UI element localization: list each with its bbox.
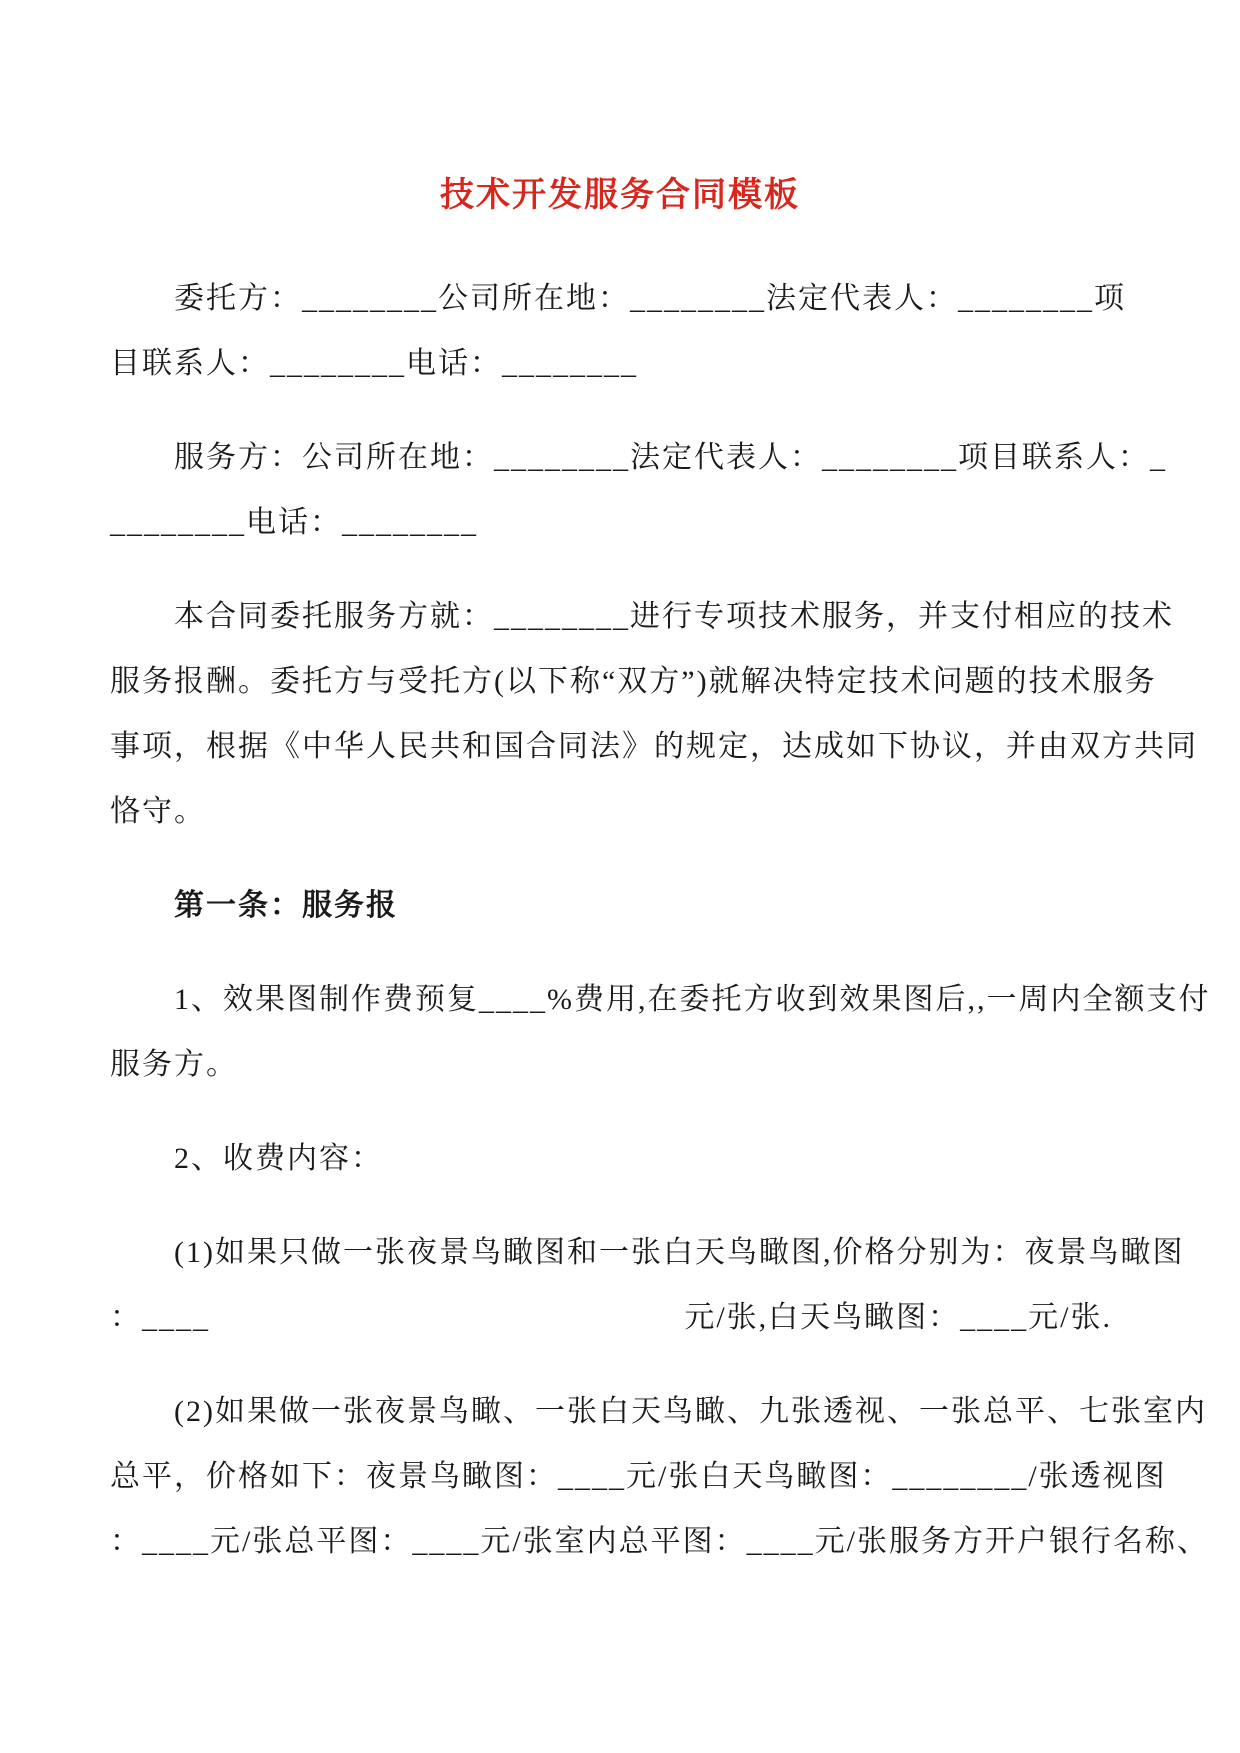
document-body: 委托方：________公司所在地：________法定代表人：________… <box>0 220 1240 1574</box>
contract-line: (2)如果做一张夜景鸟瞰、一张白天鸟瞰、九张透视、一张总平、七张室内 <box>110 1379 1140 1444</box>
contract-line: ________电话：________ <box>110 490 1140 555</box>
article-heading: 第一条：服务报 <box>110 873 1140 938</box>
contract-line: 服务方。 <box>110 1032 1140 1097</box>
contract-line: 1、效果图制作费预复____%费用,在委托方收到效果图后,,一周内全额支付 <box>110 967 1140 1032</box>
paragraph-article1-heading: 第一条：服务报 <box>110 873 1140 938</box>
contract-line: 服务报酬。委托方与受托方(以下称“双方”)就解决特定技术问题的技术服务 <box>110 649 1140 714</box>
contract-line: 恪守。 <box>110 779 1140 844</box>
paragraph-sub1: (1)如果只做一张夜景鸟瞰图和一张白天鸟瞰图,价格分别为：夜景鸟瞰图 ：____… <box>110 1220 1140 1350</box>
paragraph-preamble: 本合同委托服务方就：________进行专项技术服务，并支付相应的技术 服务报酬… <box>110 584 1140 844</box>
contract-line: 本合同委托服务方就：________进行专项技术服务，并支付相应的技术 <box>110 584 1140 649</box>
contract-line-split: ：____ 元/张,白天鸟瞰图：____元/张. <box>110 1285 1140 1350</box>
contract-line: (1)如果只做一张夜景鸟瞰图和一张白天鸟瞰图,价格分别为：夜景鸟瞰图 <box>110 1220 1140 1285</box>
paragraph-sub2: (2)如果做一张夜景鸟瞰、一张白天鸟瞰、九张透视、一张总平、七张室内 总平，价格… <box>110 1379 1140 1574</box>
contract-page: 技术开发服务合同模板 委托方：________公司所在地：________法定代… <box>0 0 1240 1753</box>
fill-in-blank: ：____ <box>110 1285 210 1350</box>
contract-line: 事项，根据《中华人民共和国合同法》的规定，达成如下协议，并由双方共同 <box>110 714 1140 779</box>
contract-line: 总平，价格如下：夜景鸟瞰图：____元/张白天鸟瞰图：________/张透视图 <box>110 1444 1140 1509</box>
paragraph-item1: 1、效果图制作费预复____%费用,在委托方收到效果图后,,一周内全额支付 服务… <box>110 967 1140 1097</box>
paragraph-item2: 2、收费内容： <box>110 1126 1140 1191</box>
price-text: 元/张,白天鸟瞰图：____元/张. <box>684 1285 1112 1350</box>
paragraph-provider-info: 服务方：公司所在地：________法定代表人：________项目联系人：_ … <box>110 425 1140 555</box>
document-title: 技术开发服务合同模板 <box>0 0 1240 220</box>
contract-line: 2、收费内容： <box>110 1126 1140 1191</box>
contract-line: ：____元/张总平图：____元/张室内总平图：____元/张服务方开户银行名… <box>110 1509 1140 1574</box>
contract-line: 目联系人：________电话：________ <box>110 331 1140 396</box>
contract-line: 委托方：________公司所在地：________法定代表人：________… <box>110 266 1140 331</box>
contract-line: 服务方：公司所在地：________法定代表人：________项目联系人：_ <box>110 425 1140 490</box>
paragraph-client-info: 委托方：________公司所在地：________法定代表人：________… <box>110 266 1140 396</box>
